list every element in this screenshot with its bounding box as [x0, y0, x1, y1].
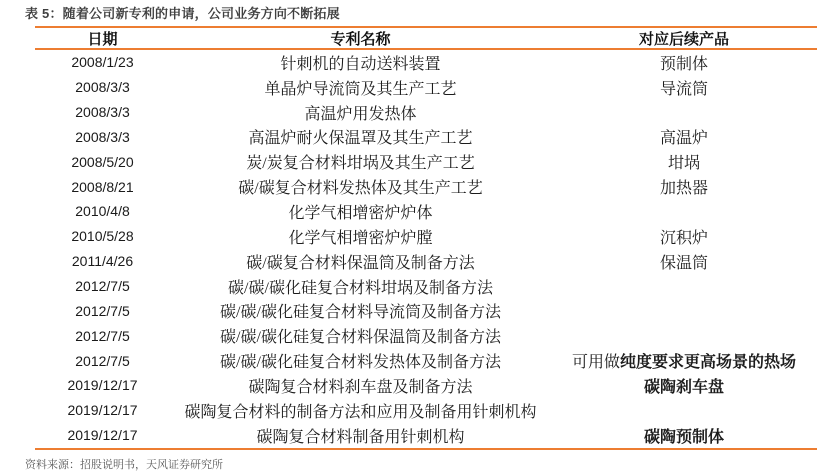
date-cell: 2011/4/26: [35, 253, 170, 269]
table-row: 2019/12/17 碳陶复合材料刹车盘及制备方法 碳陶刹车盘: [35, 373, 817, 398]
date-cell: 2012/7/5: [35, 303, 170, 319]
product-bold-text: 碳陶刹车盘: [644, 379, 724, 396]
patent-cell: 碳陶复合材料刹车盘及制备方法: [170, 374, 551, 397]
product-text: 可用做: [572, 354, 620, 371]
date-cell: 2012/7/5: [35, 328, 170, 344]
product-bold-text: 碳陶预制体: [644, 429, 724, 446]
product-text: 预制体: [660, 56, 708, 73]
product-cell: 碳陶预制体: [551, 424, 817, 447]
patent-table: 日期 专利名称 对应后续产品 2008/1/23 针刺机的自动送料装置 预制体 …: [35, 26, 817, 450]
date-cell: 2019/12/17: [35, 377, 170, 393]
source-note: 资料来源：招股说明书，天风证券研究所: [25, 456, 223, 472]
product-text: 沉积炉: [660, 230, 708, 247]
table-row: 2012/7/5 碳/碳/碳化硅复合材料保温筒及制备方法: [35, 323, 817, 348]
patent-cell: 碳/碳/碳化硅复合材料发热体及制备方法: [170, 349, 551, 372]
table-body: 2008/1/23 针刺机的自动送料装置 预制体 2008/3/3 单晶炉导流筒…: [35, 50, 817, 450]
table-header-row: 日期 专利名称 对应后续产品: [35, 26, 817, 50]
patent-cell: 高温炉用发热体: [170, 101, 551, 124]
product-cell: 导流筒: [551, 76, 817, 99]
date-cell: 2008/3/3: [35, 129, 170, 145]
table-row: 2008/5/20 炭/炭复合材料坩埚及其生产工艺 坩埚: [35, 149, 817, 174]
col-header-product: 对应后续产品: [551, 28, 817, 49]
date-cell: 2012/7/5: [35, 353, 170, 369]
table-row: 2010/5/28 化学气相增密炉炉膛 沉积炉: [35, 224, 817, 249]
date-cell: 2008/3/3: [35, 79, 170, 95]
product-cell: 高温炉: [551, 125, 817, 148]
table-row: 2012/7/5 碳/碳/碳化硅复合材料坩埚及制备方法: [35, 274, 817, 299]
patent-cell: 碳陶复合材料的制备方法和应用及制备用针刺机构: [170, 399, 551, 422]
page-root: 表 5：随着公司新专利的申请，公司业务方向不断拓展 日期 专利名称 对应后续产品…: [0, 0, 823, 475]
date-cell: 2008/1/23: [35, 54, 170, 70]
product-text: 保温筒: [660, 255, 708, 272]
patent-cell: 碳/碳复合材料发热体及其生产工艺: [170, 175, 551, 198]
patent-cell: 单晶炉导流筒及其生产工艺: [170, 76, 551, 99]
date-cell: 2012/7/5: [35, 278, 170, 294]
table-row: 2011/4/26 碳/碳复合材料保温筒及制备方法 保温筒: [35, 249, 817, 274]
product-cell: 保温筒: [551, 250, 817, 273]
patent-cell: 炭/炭复合材料坩埚及其生产工艺: [170, 150, 551, 173]
patent-cell: 针刺机的自动送料装置: [170, 51, 551, 74]
product-cell: 可用做纯度要求更高场景的热场: [551, 349, 817, 372]
product-cell: 加热器: [551, 175, 817, 198]
patent-cell: 碳/碳/碳化硅复合材料坩埚及制备方法: [170, 275, 551, 298]
col-header-patent: 专利名称: [170, 28, 551, 49]
table-row: 2008/8/21 碳/碳复合材料发热体及其生产工艺 加热器: [35, 174, 817, 199]
product-cell: 沉积炉: [551, 225, 817, 248]
patent-cell: 化学气相增密炉炉膛: [170, 225, 551, 248]
date-cell: 2008/3/3: [35, 104, 170, 120]
table-row: 2008/1/23 针刺机的自动送料装置 预制体: [35, 50, 817, 75]
table-row: 2008/3/3 高温炉耐火保温罩及其生产工艺 高温炉: [35, 125, 817, 150]
date-cell: 2010/4/8: [35, 203, 170, 219]
patent-cell: 碳陶复合材料制备用针刺机构: [170, 424, 551, 447]
product-text: 导流筒: [660, 81, 708, 98]
product-text: 坩埚: [668, 155, 700, 172]
date-cell: 2019/12/17: [35, 427, 170, 443]
table-row: 2012/7/5 碳/碳/碳化硅复合材料发热体及制备方法 可用做纯度要求更高场景…: [35, 348, 817, 373]
table-row: 2012/7/5 碳/碳/碳化硅复合材料导流筒及制备方法: [35, 298, 817, 323]
product-cell: 坩埚: [551, 150, 817, 173]
table-row: 2019/12/17 碳陶复合材料的制备方法和应用及制备用针刺机构: [35, 398, 817, 423]
table-title: 表 5：随着公司新专利的申请，公司业务方向不断拓展: [25, 3, 340, 22]
table-row: 2019/12/17 碳陶复合材料制备用针刺机构 碳陶预制体: [35, 423, 817, 448]
table-row: 2010/4/8 化学气相增密炉炉体: [35, 199, 817, 224]
product-cell: 碳陶刹车盘: [551, 374, 817, 397]
col-header-date: 日期: [35, 28, 170, 49]
table-row: 2008/3/3 高温炉用发热体: [35, 100, 817, 125]
patent-cell: 碳/碳/碳化硅复合材料导流筒及制备方法: [170, 299, 551, 322]
product-bold-text: 纯度要求更高场景的热场: [620, 354, 796, 371]
patent-cell: 高温炉耐火保温罩及其生产工艺: [170, 125, 551, 148]
product-text: 加热器: [660, 180, 708, 197]
patent-cell: 碳/碳复合材料保温筒及制备方法: [170, 250, 551, 273]
patent-cell: 化学气相增密炉炉体: [170, 200, 551, 223]
date-cell: 2008/5/20: [35, 154, 170, 170]
date-cell: 2008/8/21: [35, 179, 170, 195]
patent-cell: 碳/碳/碳化硅复合材料保温筒及制备方法: [170, 324, 551, 347]
table-row: 2008/3/3 单晶炉导流筒及其生产工艺 导流筒: [35, 75, 817, 100]
product-text: 高温炉: [660, 130, 708, 147]
date-cell: 2010/5/28: [35, 228, 170, 244]
date-cell: 2019/12/17: [35, 402, 170, 418]
product-cell: 预制体: [551, 51, 817, 74]
